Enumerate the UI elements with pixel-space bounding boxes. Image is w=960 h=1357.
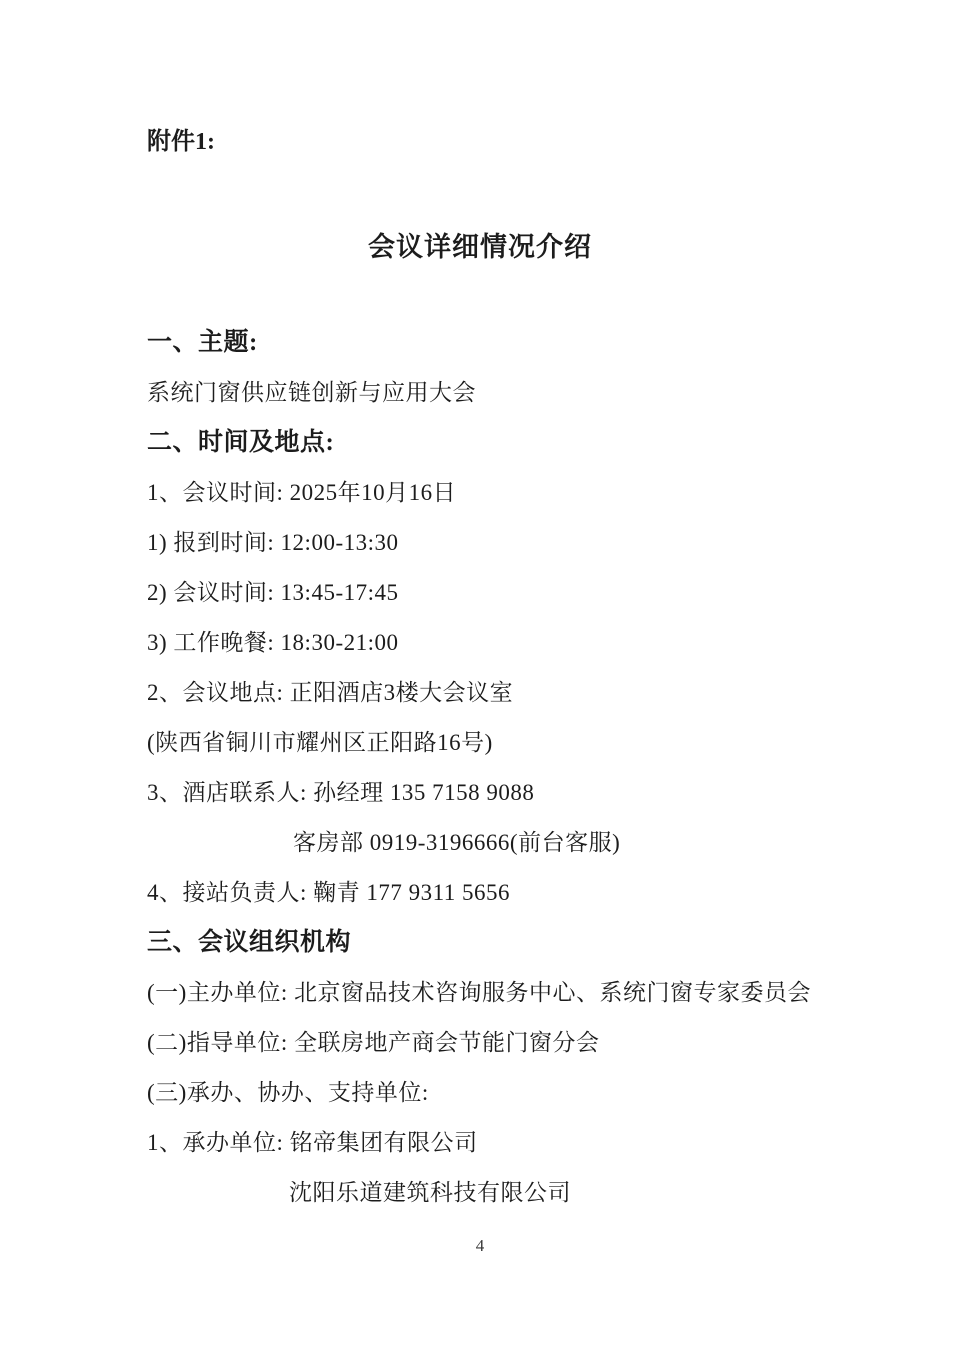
document-title: 会议详细情况介绍: [0, 225, 960, 264]
page-number: 4: [0, 1236, 960, 1256]
line-checkin-time: 1) 报到时间: 12:00-13:30: [147, 518, 870, 568]
line-venue: 2、会议地点: 正阳酒店3楼大会议室: [147, 668, 870, 718]
line-theme-heading: 一、主题:: [147, 318, 870, 368]
line-undertaker-1: 1、承办单位: 铭帝集团有限公司: [147, 1118, 870, 1168]
line-undertaker-2: 沈阳乐道建筑科技有限公司: [147, 1168, 870, 1218]
line-pickup-contact: 4、接站负责人: 鞠青 177 9311 5656: [147, 868, 870, 918]
line-guiding-organizer: (二)指导单位: 全联房地产商会节能门窗分会: [147, 1018, 870, 1068]
document-page: 附件1: 会议详细情况介绍 一、主题: 系统门窗供应链创新与应用大会 二、时间及…: [0, 0, 960, 1357]
line-hotel-contact: 3、酒店联系人: 孙经理 135 7158 9088: [147, 768, 870, 818]
line-session-time: 2) 会议时间: 13:45-17:45: [147, 568, 870, 618]
line-undertaker-heading: (三)承办、协办、支持单位:: [147, 1068, 870, 1118]
attachment-label: 附件1:: [147, 121, 215, 156]
line-host-organizer: (一)主办单位: 北京窗品技术咨询服务中心、系统门窗专家委员会: [147, 968, 870, 1018]
line-meeting-date: 1、会议时间: 2025年10月16日: [147, 468, 870, 518]
document-body: 一、主题: 系统门窗供应链创新与应用大会 二、时间及地点: 1、会议时间: 20…: [147, 318, 870, 1218]
line-organization-heading: 三、会议组织机构: [147, 918, 870, 968]
line-venue-address: (陕西省铜川市耀州区正阳路16号): [147, 718, 870, 768]
line-conference-name: 系统门窗供应链创新与应用大会: [147, 368, 870, 418]
line-dinner-time: 3) 工作晚餐: 18:30-21:00: [147, 618, 870, 668]
line-hotel-room-dept: 客房部 0919-3196666(前台客服): [147, 818, 870, 868]
line-time-location-heading: 二、时间及地点:: [147, 418, 870, 468]
